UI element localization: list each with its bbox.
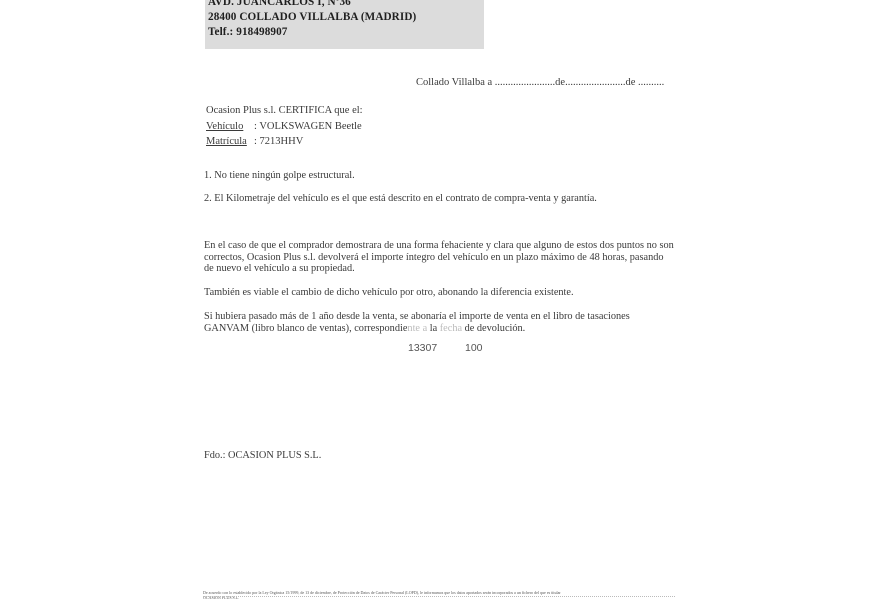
signature-line: Fdo.: OCASION PLUS S.L. (204, 450, 321, 461)
vehicle-value: : VOLKSWAGEN Beetle (254, 121, 362, 132)
header-line-address: AVD. JUANCARLOS I, Nº36 (208, 0, 484, 10)
vehicle-label: Vehículo (206, 119, 250, 135)
overlay-number-second: 100 (465, 342, 483, 354)
company-header-box: CIF: B-86110977 AVD. JUANCARLOS I, Nº36 … (205, 0, 484, 49)
plate-row: Matrícula: 7213HHV (206, 134, 363, 150)
after-year-paragraph: Si hubiera pasado más de 1 año desde la … (204, 311, 674, 334)
after-year-smudge-2: fecha (440, 323, 462, 334)
certificate-intro: Ocasion Plus s.l. CERTIFICA que el: (206, 103, 363, 119)
footer-divider (203, 596, 675, 597)
legal-footer: De acuerdo con lo establecido por la Ley… (203, 590, 675, 600)
place-date-line: Collado Villalba a .....................… (416, 77, 664, 88)
refund-paragraph: En el caso de que el comprador demostrar… (204, 240, 674, 275)
plate-value: : 7213HHV (254, 136, 303, 147)
header-line-city: 28400 COLLADO VILLALBA (MADRID) (208, 10, 484, 25)
overlay-number-first: 13307 (408, 342, 437, 354)
exchange-paragraph: También es viable el cambio de dicho veh… (204, 287, 674, 299)
plate-label: Matrícula (206, 134, 250, 150)
after-year-text-3: de devolución. (462, 323, 525, 334)
header-line-phone: Telf.: 918498907 (208, 25, 484, 40)
after-year-smudge-1: nte a (407, 323, 427, 334)
document-page: CIF: B-86110977 AVD. JUANCARLOS I, Nº36 … (0, 0, 880, 600)
vehicle-row: Vehículo: VOLKSWAGEN Beetle (206, 119, 363, 135)
point-1: 1. No tiene ningún golpe estructural. (204, 170, 674, 182)
point-2: 2. El Kilometraje del vehículo es el que… (204, 193, 674, 205)
after-year-text-2: la (427, 323, 440, 334)
certificate-block: Ocasion Plus s.l. CERTIFICA que el: Vehí… (206, 103, 363, 150)
